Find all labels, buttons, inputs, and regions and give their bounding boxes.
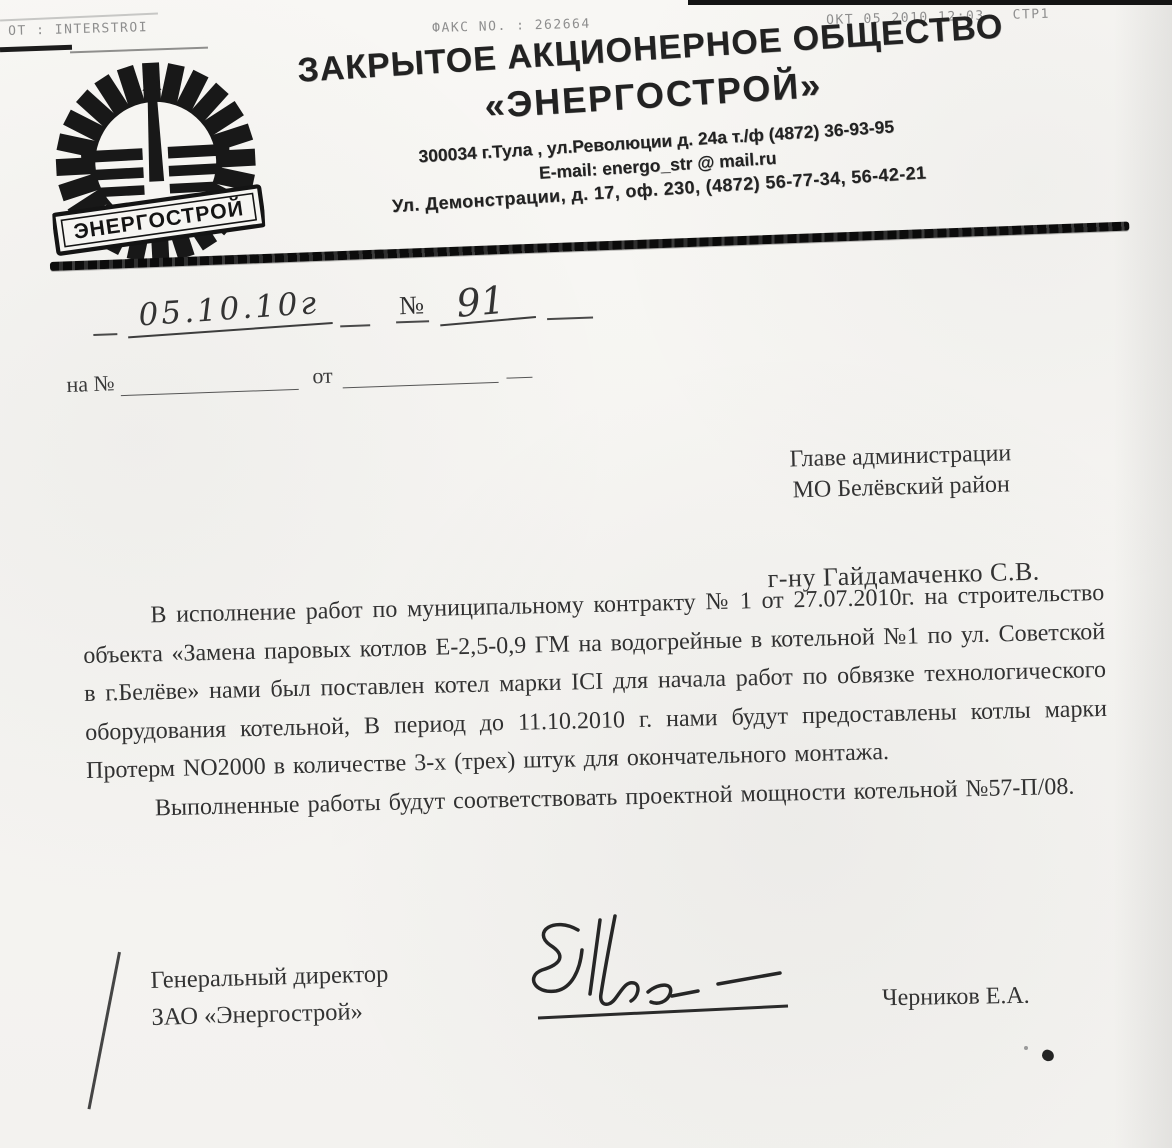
handwritten-signature: [520, 912, 810, 1035]
signatory-name: Черников Е.А.: [882, 983, 1030, 1013]
scanned-letter-page: ОТ : INTERSTROI ФАКС NO. : 262664 ОКТ 05…: [0, 0, 1172, 1148]
addressee-block: Главе администрации МО Белёвский район г…: [735, 437, 1069, 595]
fax-header-number: ФАКС NO. : 262664: [432, 17, 591, 36]
scan-speck-small: [1024, 1046, 1028, 1050]
reply-number-label: на №: [66, 370, 115, 398]
pen-slash-mark: [87, 952, 120, 1110]
underline-tail: [507, 377, 533, 379]
scan-edge-mark: [0, 45, 72, 53]
letter-body: В исполнение работ по муниципальному кон…: [82, 574, 1109, 829]
underline-segment: [93, 333, 117, 336]
signature-underline: [538, 1006, 788, 1018]
number-label: №: [395, 290, 429, 323]
letterhead: ЗАКРЫТОЕ АКЦИОНЕРНОЕ ОБЩЕСТВО «ЭНЕРГОСТР…: [230, 3, 1079, 226]
signatory-title-line2: ЗАО «Энергострой»: [151, 992, 390, 1036]
underline-segment: [340, 324, 370, 327]
fax-header-from: ОТ : INTERSTROI: [8, 20, 148, 39]
reply-reference-line: на № от: [66, 356, 533, 398]
reply-from-label: от: [312, 363, 333, 390]
signatory-titles: Генеральный директор ЗАО «Энергострой»: [150, 955, 390, 1036]
scan-speck: [1040, 1048, 1055, 1063]
body-paragraph-1: В исполнение работ по муниципальному кон…: [82, 574, 1108, 791]
scan-edge-mark-thin: [70, 47, 208, 54]
handwritten-date: 05.10.10г: [125, 284, 332, 338]
reply-number-blank: [121, 389, 299, 396]
scan-top-edge-line: [688, 0, 1172, 5]
reply-date-blank: [343, 382, 499, 388]
handwritten-number: 91: [436, 278, 535, 326]
underline-segment: [547, 317, 593, 321]
signature-strokes: [534, 916, 780, 1004]
reference-date-line: 05.10.10г № 91: [92, 279, 593, 336]
